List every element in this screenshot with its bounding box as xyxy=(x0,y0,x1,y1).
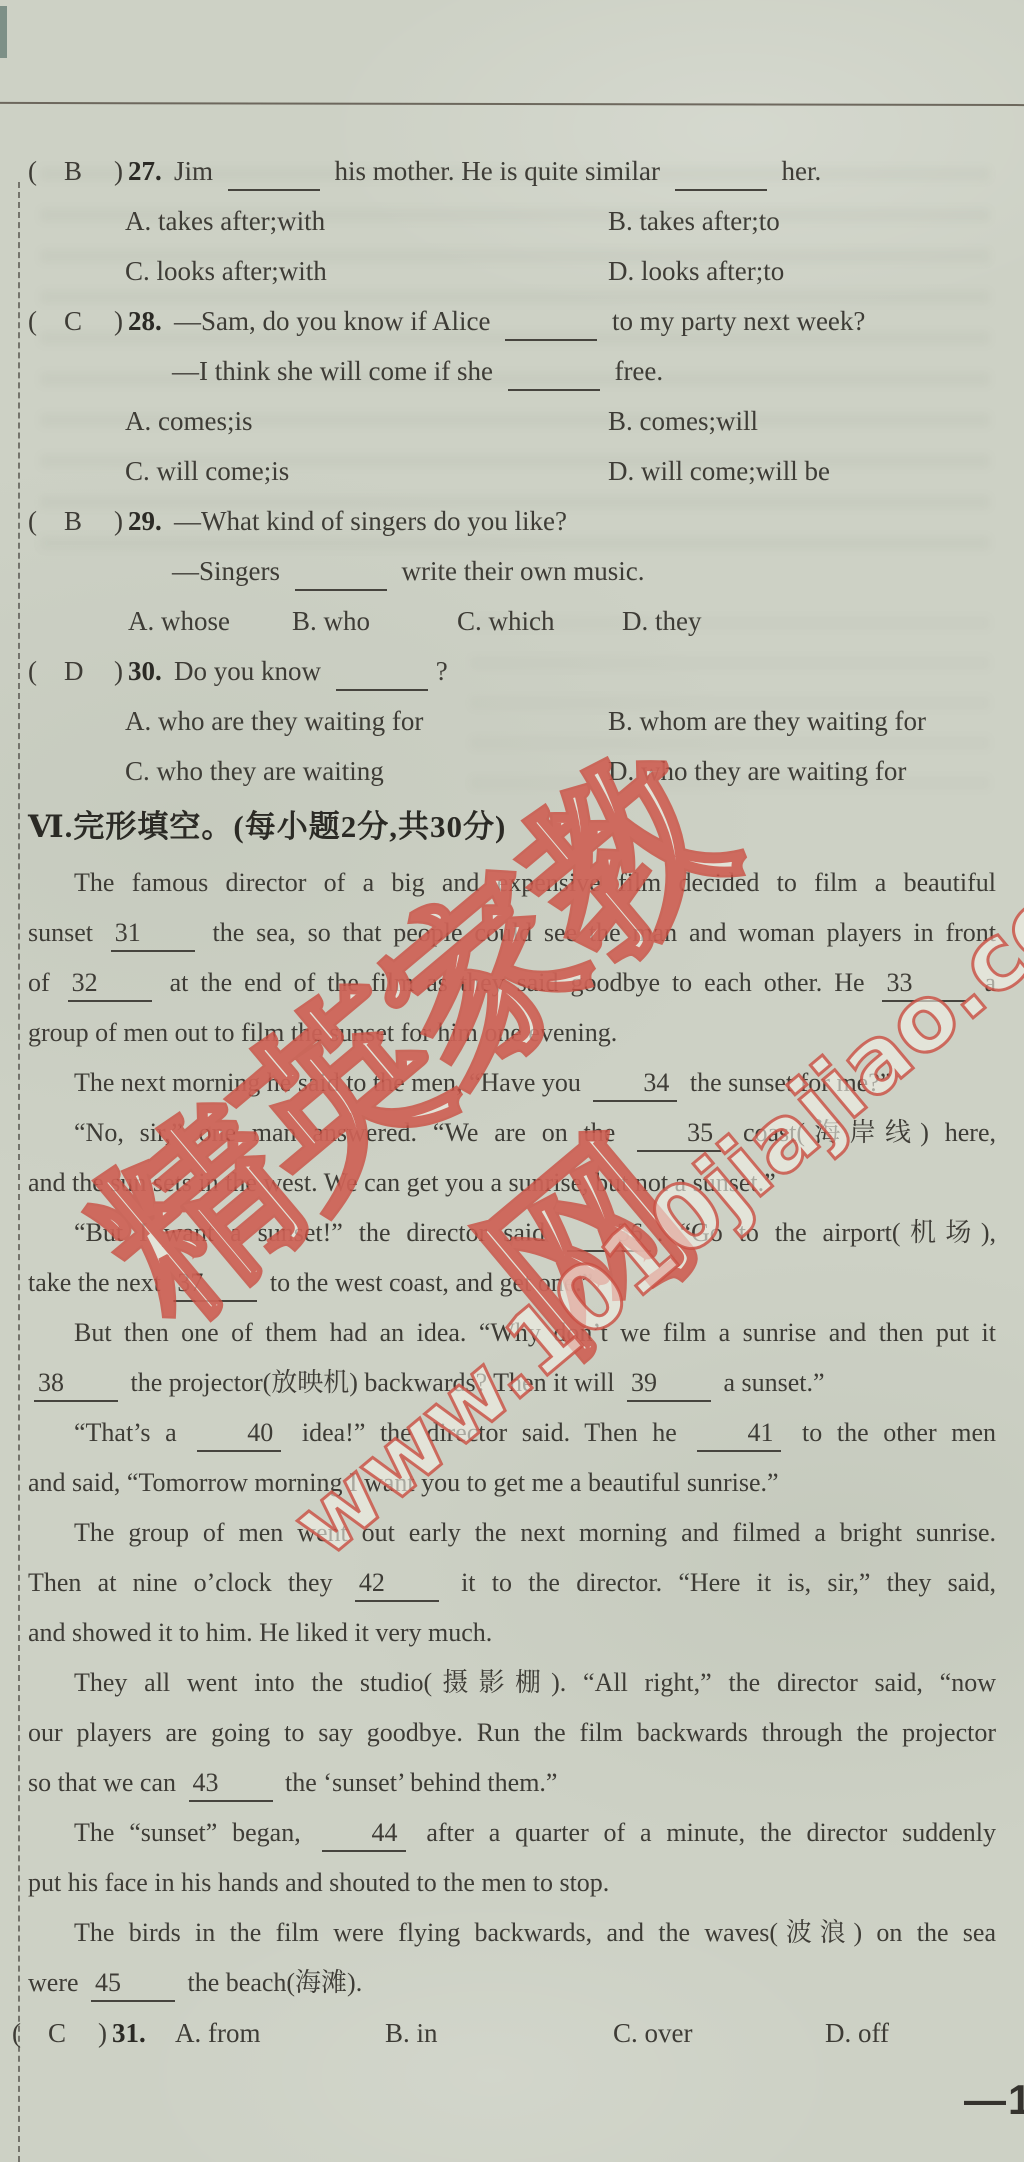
numbered-blank: 38 xyxy=(34,1367,118,1402)
text-fragment: take the next xyxy=(28,1268,167,1297)
scanned-exam-page: { "punct": { "open": "(", "close": ")" }… xyxy=(0,0,1024,2162)
text-run: sunset 31 the sea, so that people could … xyxy=(28,918,996,947)
option-B: B. comes;will xyxy=(608,396,758,446)
cloze-line: so that we can 43 the ‘sunset’ behind th… xyxy=(28,1758,996,1808)
option-D: D. they xyxy=(622,596,702,646)
text-run: take the next 37 to the west coast, and … xyxy=(28,1268,593,1297)
cloze-line: put his face in his hands and shouted to… xyxy=(28,1858,996,1908)
paren-open: ( xyxy=(28,646,62,696)
answer-blank xyxy=(228,155,320,191)
numbered-blank: 40 xyxy=(197,1417,281,1452)
option-row: A. who are they waiting forB. whom are t… xyxy=(28,696,996,746)
text-fragment: to my party next week? xyxy=(605,306,865,336)
option-text: takes after;to xyxy=(640,206,780,236)
text-fragment: —What kind of singers do you like? xyxy=(174,506,567,536)
text-fragment: the projector(放映机) backwards? Then it wi… xyxy=(124,1368,621,1397)
text-run: “No, sir,” one man answered. “We are on … xyxy=(74,1118,996,1147)
text-fragment: put his face in his hands and shouted to… xyxy=(28,1868,609,1897)
option-C: C. who they are waiting xyxy=(125,746,384,796)
text-run: were 45 the beach(海滩). xyxy=(28,1968,362,1997)
paren-close: ) xyxy=(98,2008,112,2058)
option-letter: B. xyxy=(608,706,633,736)
cloze-line: were 45 the beach(海滩). xyxy=(28,1958,996,2008)
option-letter: C. xyxy=(125,456,150,486)
option-letter: A. xyxy=(175,2018,201,2048)
option-letter: D. xyxy=(608,756,634,786)
question-28: (C)28.—Sam, do you know if Alice to my p… xyxy=(28,296,996,496)
text-fragment: group of men out to film the sunset for … xyxy=(28,1018,617,1047)
horizontal-rule xyxy=(0,102,1024,106)
text-run: and said, “Tomorrow morning I want you t… xyxy=(28,1468,779,1497)
cloze-line: The next morning he said to the men, “Ha… xyxy=(28,1058,996,1108)
text-fragment: sunset xyxy=(28,918,105,947)
text-fragment: —Singers xyxy=(172,556,287,586)
answer-prefix: (B)29. xyxy=(28,496,174,546)
answer-letter: C xyxy=(46,2008,98,2058)
numbered-blank: 43 xyxy=(189,1767,273,1802)
option-text: who are they waiting for xyxy=(158,706,423,736)
cloze-line: and the sun sets in the west. We can get… xyxy=(28,1158,996,1208)
option-B: B. takes after;to xyxy=(608,196,780,246)
text-run: They all went into the studio(摄影棚). “All… xyxy=(74,1668,996,1697)
answer-blank xyxy=(505,305,597,341)
text-fragment: They all went into the studio(摄影棚). “All… xyxy=(74,1668,996,1697)
numbered-blank: 32 xyxy=(68,967,152,1002)
numbered-blank: 45 xyxy=(91,1967,175,2002)
cloze-line: The group of men went out early the next… xyxy=(28,1508,996,1558)
text-run: and showed it to him. He liked it very m… xyxy=(28,1618,492,1647)
option-B: B. who xyxy=(292,596,370,646)
question-31: (C)31.A. fromB. inC. overD. off xyxy=(28,2008,996,2058)
option-text: off xyxy=(858,2018,889,2048)
question-31-row: (C)31.A. fromB. inC. overD. off xyxy=(28,2008,996,2058)
option-text: will come;is xyxy=(157,456,290,486)
option-A: A. from xyxy=(175,2008,260,2058)
option-text: comes;will xyxy=(640,406,758,436)
option-letter: B. xyxy=(608,206,633,236)
question-27: (B)27.Jim his mother. He is quite simila… xyxy=(28,146,996,296)
option-text: takes after;with xyxy=(158,206,325,236)
text-fragment: write their own music. xyxy=(395,556,645,586)
paren-close: ) xyxy=(114,646,128,696)
answer-blank xyxy=(295,555,387,591)
answer-letter: D xyxy=(62,646,114,696)
cloze-line: The “sunset” began, 44 after a quarter o… xyxy=(28,1808,996,1858)
option-text: who they are waiting xyxy=(157,756,384,786)
numbered-blank: 44 xyxy=(322,1817,406,1852)
cloze-line: 38 the projector(放映机) backwards? Then it… xyxy=(28,1358,996,1408)
option-text: looks after;with xyxy=(157,256,327,286)
paren-close: ) xyxy=(114,296,128,346)
text-run: —I think she will come if she free. xyxy=(172,356,663,386)
question-number: 27. xyxy=(128,146,174,196)
text-run: The group of men went out early the next… xyxy=(74,1518,996,1547)
option-letter: B. xyxy=(385,2018,410,2048)
text-fragment: our players are going to say goodbye. Ru… xyxy=(28,1718,996,1747)
answer-letter: B xyxy=(62,146,114,196)
option-B: B. in xyxy=(385,2008,438,2058)
numbered-blank: 37 xyxy=(173,1267,257,1302)
text-fragment: her. xyxy=(775,156,822,186)
text-fragment: it to the director. “Here it is, sir,” t… xyxy=(445,1568,996,1597)
page-number: —13 xyxy=(964,2076,1024,2124)
dashed-margin-line xyxy=(18,182,20,2162)
stem-line: —Singers write their own music. xyxy=(28,546,996,596)
text-fragment: idea!” the director said. Then he xyxy=(287,1418,691,1447)
text-fragment: of xyxy=(28,968,62,997)
option-A: A. who are they waiting for xyxy=(125,696,423,746)
text-fragment: and said, “Tomorrow morning I want you t… xyxy=(28,1468,779,1497)
text-fragment: the ‘sunset’ behind them.” xyxy=(279,1768,558,1797)
text-fragment: to the west coast, and get one.” xyxy=(263,1268,593,1297)
option-row: C. will come;isD. will come;will be xyxy=(28,446,996,496)
numbered-blank: 36 xyxy=(567,1217,651,1252)
option-letter: D. xyxy=(622,606,648,636)
cloze-line: group of men out to film the sunset for … xyxy=(28,1008,996,1058)
text-fragment: Jim xyxy=(174,156,220,186)
option-text: over xyxy=(645,2018,693,2048)
option-letter: A. xyxy=(128,606,154,636)
cloze-line: They all went into the studio(摄影棚). “All… xyxy=(28,1658,996,1708)
text-run: —What kind of singers do you like? xyxy=(174,506,567,536)
option-C: C. over xyxy=(613,2008,693,2058)
option-letter: C. xyxy=(457,606,482,636)
paren-open: ( xyxy=(12,2008,46,2058)
cloze-line: The famous director of a big and expensi… xyxy=(28,858,996,908)
stem-line: (C)28.—Sam, do you know if Alice to my p… xyxy=(28,296,996,346)
text-fragment: and the sun sets in the west. We can get… xyxy=(28,1168,776,1197)
option-text: who they are waiting for xyxy=(641,756,906,786)
option-text: whose xyxy=(161,606,230,636)
option-A: A. comes;is xyxy=(125,396,253,446)
text-fragment: “No, sir,” one man answered. “We are on … xyxy=(74,1118,631,1147)
text-fragment: But then one of them had an idea. “Why d… xyxy=(74,1318,996,1347)
paren-close: ) xyxy=(114,496,128,546)
cloze-line: of 32 at the end of the film as they sai… xyxy=(28,958,996,1008)
option-text: they xyxy=(655,606,702,636)
text-fragment: the beach(海滩). xyxy=(181,1968,362,1997)
cloze-line: sunset 31 the sea, so that people could … xyxy=(28,908,996,958)
answer-blank xyxy=(675,155,767,191)
text-run: so that we can 43 the ‘sunset’ behind th… xyxy=(28,1768,557,1797)
text-run: Then at nine o’clock they 42 it to the d… xyxy=(28,1568,996,1597)
text-fragment: The birds in the film were flying backwa… xyxy=(74,1918,996,1947)
option-B: B. whom are they waiting for xyxy=(608,696,926,746)
option-text: from xyxy=(208,2018,260,2048)
numbered-blank: 39 xyxy=(627,1367,711,1402)
cloze-line: take the next 37 to the west coast, and … xyxy=(28,1258,996,1308)
cloze-line: But then one of them had an idea. “Why d… xyxy=(28,1308,996,1358)
cloze-line: “That’s a 40 idea!” the director said. T… xyxy=(28,1408,996,1458)
text-run: our players are going to say goodbye. Ru… xyxy=(28,1718,996,1747)
text-fragment: and showed it to him. He liked it very m… xyxy=(28,1618,492,1647)
answer-prefix: (B)27. xyxy=(28,146,174,196)
text-run: The next morning he said to the men, “Ha… xyxy=(74,1068,891,1097)
text-run: Do you know ? xyxy=(174,656,448,686)
numbered-blank: 41 xyxy=(697,1417,781,1452)
text-run: “But I want a sunset!” the director said… xyxy=(74,1218,996,1247)
text-fragment: so that we can xyxy=(28,1768,183,1797)
multiple-choice-section: (B)27.Jim his mother. He is quite simila… xyxy=(28,146,996,796)
question-number: 28. xyxy=(128,296,174,346)
answer-blank xyxy=(508,355,600,391)
option-C: C. will come;is xyxy=(125,446,289,496)
text-run: —Sam, do you know if Alice to my party n… xyxy=(174,306,865,336)
text-run: of 32 at the end of the film as they sai… xyxy=(28,968,996,997)
numbered-blank: 35 xyxy=(637,1117,721,1152)
scan-edge-artifact xyxy=(0,6,7,58)
numbered-blank: 31 xyxy=(111,917,195,952)
option-C: C. looks after;with xyxy=(125,246,327,296)
text-fragment: the sea, so that people could see the ma… xyxy=(201,918,996,947)
text-fragment: Then at nine o’clock they xyxy=(28,1568,349,1597)
question-number: 30. xyxy=(128,646,174,696)
stem-line: (D)30.Do you know ? xyxy=(28,646,996,696)
option-letter: A. xyxy=(125,706,151,736)
numbered-blank: 42 xyxy=(355,1567,439,1602)
paren-open: ( xyxy=(28,296,62,346)
text-fragment: at the end of the film as they said good… xyxy=(158,968,877,997)
option-letter: C. xyxy=(125,756,150,786)
answer-blank xyxy=(336,655,428,691)
text-run: “That’s a 40 idea!” the director said. T… xyxy=(74,1418,996,1447)
text-fragment: coast(海岸线) here, xyxy=(727,1118,996,1147)
option-text: which xyxy=(489,606,555,636)
option-text: looks after;to xyxy=(641,256,784,286)
option-row: A. whoseB. whoC. whichD. they xyxy=(28,596,996,646)
text-fragment: Do you know xyxy=(174,656,328,686)
option-D: D. looks after;to xyxy=(608,246,784,296)
text-fragment: The group of men went out early the next… xyxy=(74,1518,996,1547)
option-C: C. which xyxy=(457,596,555,646)
text-fragment: “That’s a xyxy=(74,1418,191,1447)
option-letter: B. xyxy=(292,606,317,636)
option-letter: C. xyxy=(613,2018,638,2048)
text-fragment: The famous director of a big and expensi… xyxy=(74,868,996,897)
text-fragment: a sunset.” xyxy=(717,1368,825,1397)
option-D: D. will come;will be xyxy=(608,446,830,496)
option-row: A. comes;isB. comes;will xyxy=(28,396,996,446)
question-29: (B)29.—What kind of singers do you like?… xyxy=(28,496,996,646)
paren-open: ( xyxy=(28,146,62,196)
text-fragment: after a quarter of a minute, the directo… xyxy=(412,1818,996,1847)
option-A: A. takes after;with xyxy=(125,196,325,246)
cloze-line: The birds in the film were flying backwa… xyxy=(28,1908,996,1958)
text-fragment: . “Go to the airport(机场), xyxy=(657,1218,996,1247)
text-run: 38 the projector(放映机) backwards? Then it… xyxy=(28,1368,825,1397)
stem-line: (B)27.Jim his mother. He is quite simila… xyxy=(28,146,996,196)
text-run: But then one of them had an idea. “Why d… xyxy=(74,1318,996,1347)
option-A: A. whose xyxy=(128,596,230,646)
cloze-line: our players are going to say goodbye. Ru… xyxy=(28,1708,996,1758)
question-30: (D)30.Do you know ?A. who are they waiti… xyxy=(28,646,996,796)
answer-prefix: (D)30. xyxy=(28,646,174,696)
option-D: D. off xyxy=(825,2008,889,2058)
option-letter: A. xyxy=(125,206,151,236)
text-fragment: ? xyxy=(436,656,448,686)
cloze-section-header: Ⅵ.完形填空。(每小题2分,共30分) xyxy=(28,796,996,858)
text-run: put his face in his hands and shouted to… xyxy=(28,1868,609,1897)
cloze-line: “But I want a sunset!” the director said… xyxy=(28,1208,996,1258)
text-run: —Singers write their own music. xyxy=(172,556,644,586)
option-text: comes;is xyxy=(158,406,253,436)
text-run: The “sunset” began, 44 after a quarter o… xyxy=(74,1818,996,1847)
option-letter: D. xyxy=(608,456,634,486)
numbered-blank: 33 xyxy=(882,967,966,1002)
text-fragment: —Sam, do you know if Alice xyxy=(174,306,497,336)
answer-letter: B xyxy=(62,496,114,546)
answer-prefix: (C)28. xyxy=(28,296,174,346)
option-row: C. looks after;withD. looks after;to xyxy=(28,246,996,296)
text-fragment: the sunset for me?” xyxy=(683,1068,891,1097)
text-run: and the sun sets in the west. We can get… xyxy=(28,1168,776,1197)
stem-line: —I think she will come if she free. xyxy=(28,346,996,396)
answer-letter: C xyxy=(62,296,114,346)
text-fragment: his mother. He is quite similar xyxy=(328,156,667,186)
text-fragment: a xyxy=(972,968,996,997)
option-letter: C. xyxy=(125,256,150,286)
text-fragment: to the other men xyxy=(787,1418,996,1447)
cloze-line: Then at nine o’clock they 42 it to the d… xyxy=(28,1558,996,1608)
option-text: in xyxy=(417,2018,438,2048)
text-fragment: were xyxy=(28,1968,85,1997)
page-content: (B)27.Jim his mother. He is quite simila… xyxy=(28,146,996,2058)
cloze-passage: The famous director of a big and expensi… xyxy=(28,858,996,2008)
option-letter: D. xyxy=(608,256,634,286)
option-letter: B. xyxy=(608,406,633,436)
cloze-line: and said, “Tomorrow morning I want you t… xyxy=(28,1458,996,1508)
question-number: 31. xyxy=(112,2008,158,2058)
stem-line: (B)29.—What kind of singers do you like? xyxy=(28,496,996,546)
answer-prefix: (C)31. xyxy=(12,2008,158,2058)
text-run: The famous director of a big and expensi… xyxy=(74,868,996,897)
option-text: will come;will be xyxy=(641,456,830,486)
question-number: 29. xyxy=(128,496,174,546)
option-letter: A. xyxy=(125,406,151,436)
paren-close: ) xyxy=(114,146,128,196)
option-letter: D. xyxy=(825,2018,851,2048)
option-row: A. takes after;withB. takes after;to xyxy=(28,196,996,246)
cloze-line: “No, sir,” one man answered. “We are on … xyxy=(28,1108,996,1158)
text-fragment: The next morning he said to the men, “Ha… xyxy=(74,1068,587,1097)
option-text: who xyxy=(324,606,371,636)
numbered-blank: 34 xyxy=(593,1067,677,1102)
option-text: whom are they waiting for xyxy=(640,706,926,736)
text-fragment: —I think she will come if she xyxy=(172,356,500,386)
cloze-line: and showed it to him. He liked it very m… xyxy=(28,1608,996,1658)
text-fragment: The “sunset” began, xyxy=(74,1818,316,1847)
text-fragment: “But I want a sunset!” the director said xyxy=(74,1218,561,1247)
option-row: C. who they are waitingD. who they are w… xyxy=(28,746,996,796)
text-run: Jim his mother. He is quite similar her. xyxy=(174,156,821,186)
option-D: D. who they are waiting for xyxy=(608,746,906,796)
text-run: group of men out to film the sunset for … xyxy=(28,1018,617,1047)
paren-open: ( xyxy=(28,496,62,546)
text-run: The birds in the film were flying backwa… xyxy=(74,1918,996,1947)
text-fragment: free. xyxy=(608,356,663,386)
